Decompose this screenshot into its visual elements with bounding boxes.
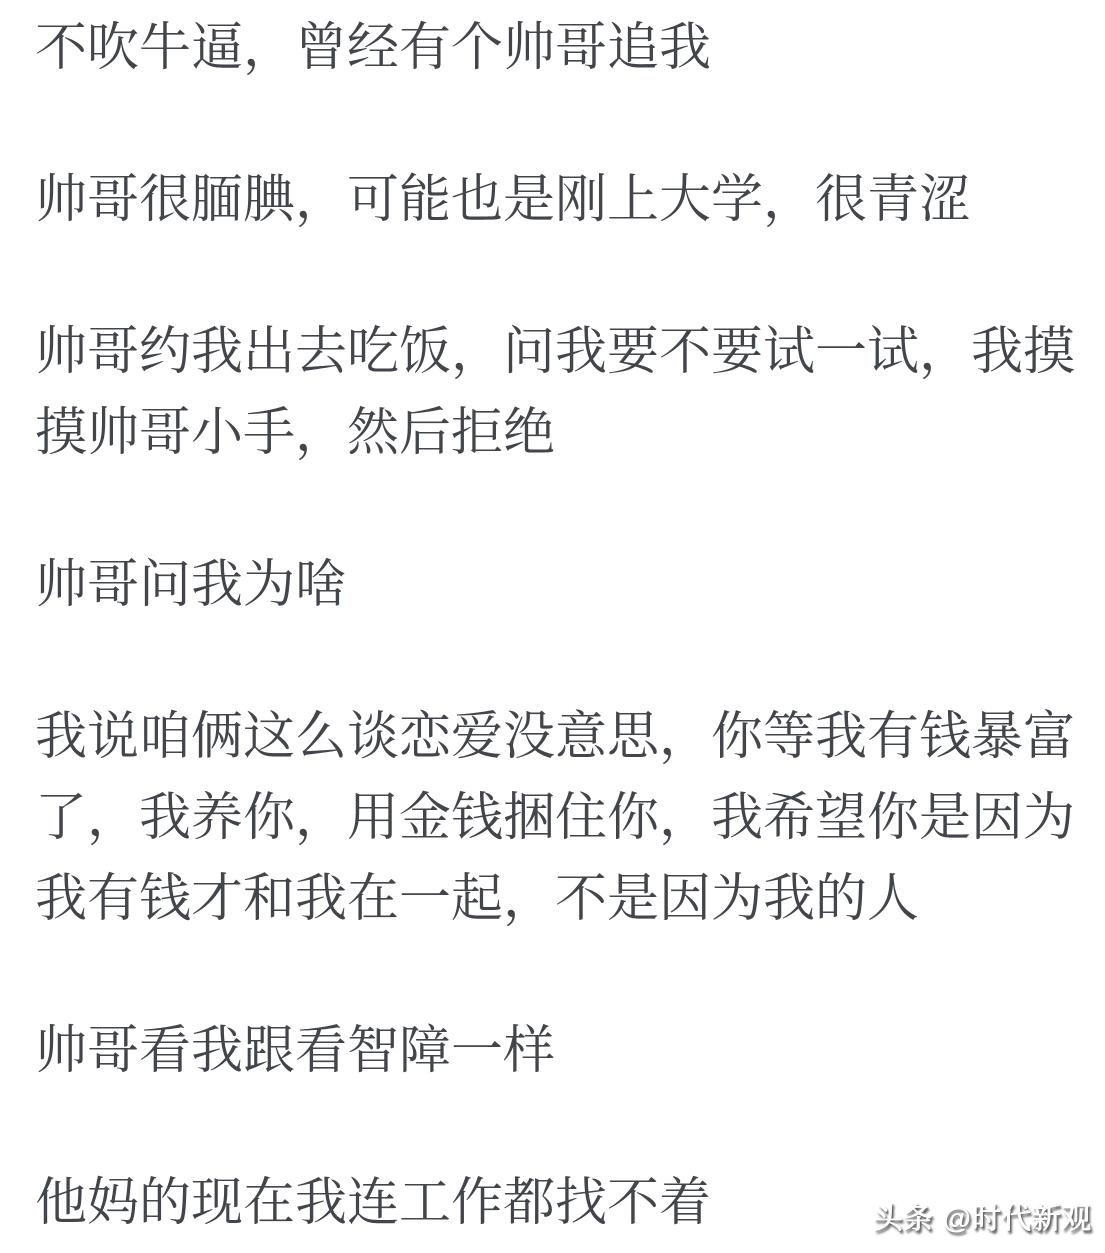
text-line: 我有钱才和我在一起，不是因为我的人 [35, 859, 1075, 940]
text-line: 不吹牛逼，曾经有个帅哥追我 [35, 8, 1075, 89]
post-paragraph: 帅哥很腼腆，可能也是刚上大学，很青涩 [35, 160, 1075, 241]
text-line: 了，我养你，用金钱捆住你，我希望你是因为 [35, 778, 1075, 859]
post-paragraph: 帅哥约我出去吃饭，问我要不要试一试，我摸 摸帅哥小手，然后拒绝 [35, 312, 1075, 474]
text-line: 帅哥约我出去吃饭，问我要不要试一试，我摸 [35, 312, 1075, 393]
text-line: 摸帅哥小手，然后拒绝 [35, 393, 1075, 474]
post-paragraph: 帅哥看我跟看智障一样 [35, 1011, 1075, 1092]
text-line: 帅哥看我跟看智障一样 [35, 1011, 1075, 1092]
post-content: 不吹牛逼，曾经有个帅哥追我 帅哥很腼腆，可能也是刚上大学，很青涩 帅哥约我出去吃… [0, 0, 1105, 1244]
watermark-handle: @时代新观 [943, 1203, 1092, 1235]
post-paragraph: 帅哥问我为啥 [35, 545, 1075, 626]
watermark: 头条@时代新观 [874, 1196, 1092, 1237]
text-line: 帅哥问我为啥 [35, 545, 1075, 626]
text-line: 帅哥很腼腆，可能也是刚上大学，很青涩 [35, 160, 1075, 241]
post-paragraph: 不吹牛逼，曾经有个帅哥追我 [35, 8, 1075, 89]
text-line: 我说咱俩这么谈恋爱没意思，你等我有钱暴富 [35, 697, 1075, 778]
watermark-platform: 头条 [874, 1203, 934, 1235]
post-paragraph: 我说咱俩这么谈恋爱没意思，你等我有钱暴富 了，我养你，用金钱捆住你，我希望你是因… [35, 697, 1075, 940]
